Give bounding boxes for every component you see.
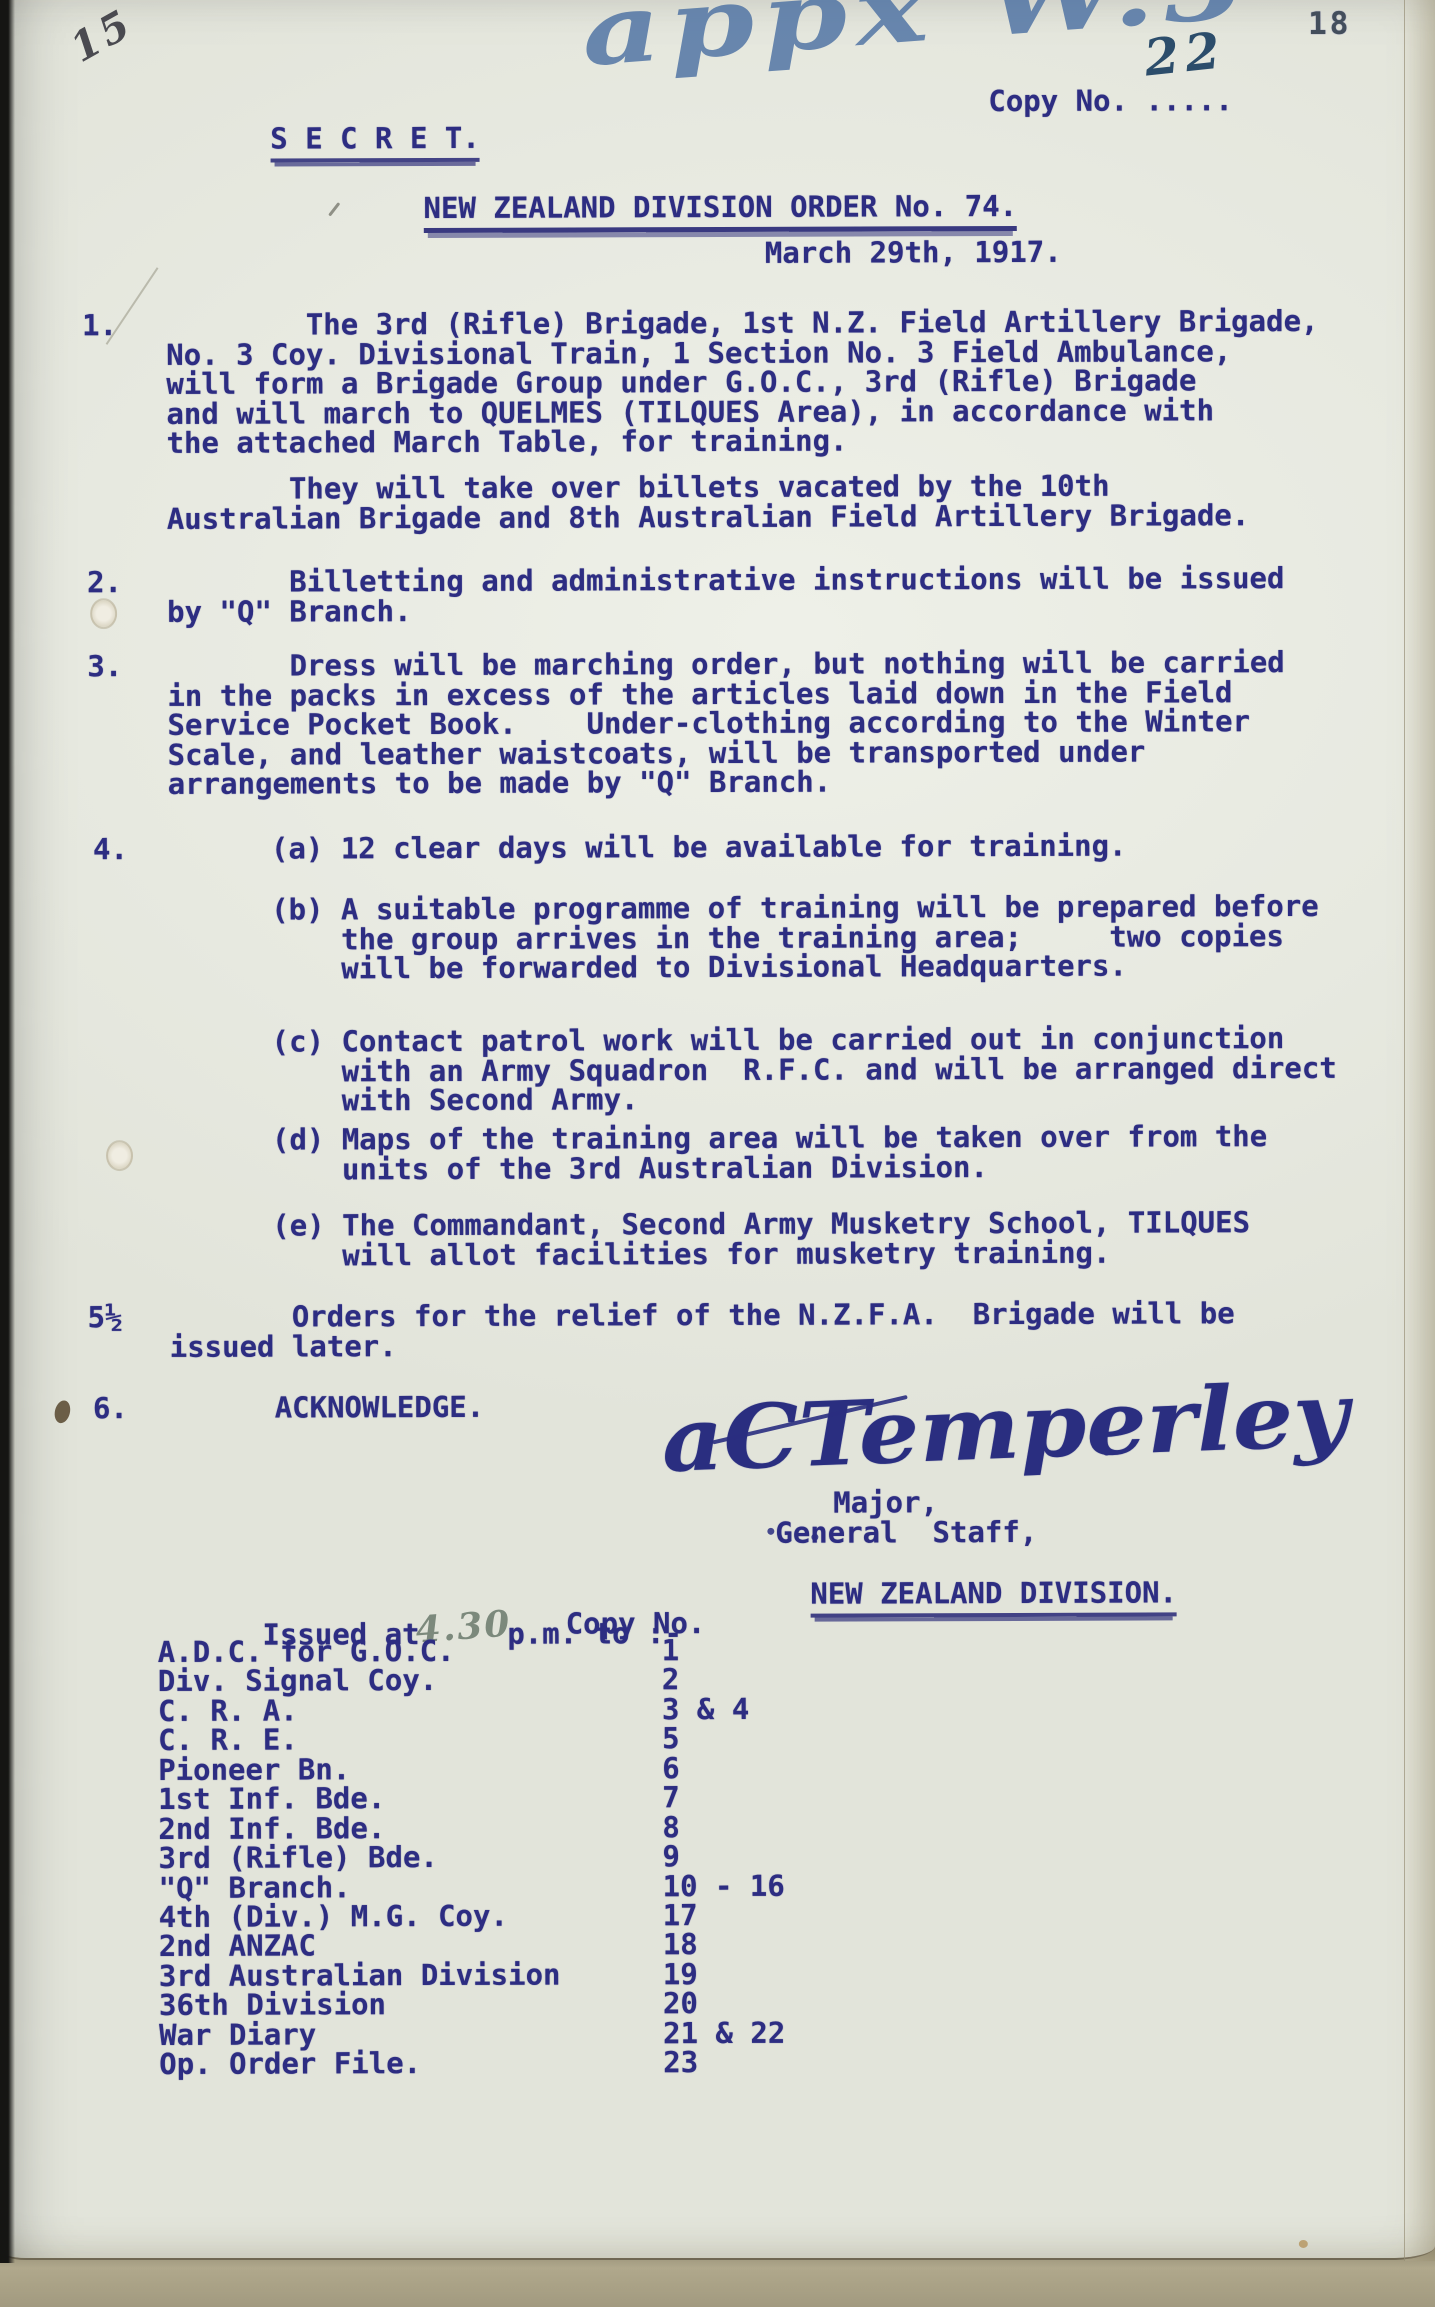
typed-line: Orders for the relief of the N.Z.F.A. Br… (170, 1299, 1235, 1332)
copy-numbers: 3 & 4 (662, 1695, 749, 1725)
typed-line: with an Army Squadron R.F.C. and will be… (272, 1053, 1337, 1086)
typed-line: Australian Brigade and 8th Australian Fi… (167, 501, 1250, 534)
copy-numbers: 7 (662, 1783, 680, 1813)
scratch-mark (106, 267, 159, 345)
recipient-label: War Diary (159, 2020, 316, 2050)
signature-script: aCTemperley (660, 1362, 1350, 1492)
document-scan: 15 appx W.5 18 S E C R E T. Copy No. ...… (0, 0, 1435, 2307)
section-number: 6. (93, 1394, 128, 1424)
typed-line: issued later. (170, 1329, 1235, 1362)
copy-numbers: 23 (663, 2048, 698, 2078)
section-text: (e) The Commandant, Second Army Musketry… (272, 1208, 1250, 1270)
recipient-label: 3rd (Rifle) Bde. (158, 1843, 437, 1873)
typed-line: with Second Army. (272, 1083, 1337, 1116)
section-text: The 3rd (Rifle) Brigade, 1st N.Z. Field … (166, 307, 1319, 459)
copy-numbers: 6 (662, 1754, 680, 1784)
order-section: (e) The Commandant, Second Army Musketry… (4, 1207, 1435, 1212)
copy-numbers: 1 (662, 1636, 680, 1666)
copy-numbers: 9 (662, 1842, 680, 1872)
section-text: (b) A suitable programme of training wil… (271, 892, 1319, 984)
typed-line: by "Q" Branch. (167, 594, 1285, 627)
typed-line: ACKNOWLEDGE. (170, 1393, 484, 1424)
typed-line: Billetting and administrative instructio… (167, 564, 1285, 597)
section-text: (a) 12 clear days will be available for … (271, 832, 1127, 864)
pencil-page-number: 15 (63, 0, 142, 72)
copy-numbers: 8 (662, 1813, 680, 1843)
typed-page-number: 18 (1308, 6, 1351, 42)
order-section: 5½ Orders for the relief of the N.Z.F.A.… (5, 1298, 1435, 1303)
typed-line: the attached March Table, for training. (166, 425, 1318, 459)
signature-ink-dot (767, 1528, 774, 1535)
copy-numbers: 2 (662, 1666, 680, 1696)
hole-punch (90, 598, 117, 629)
recipient-label: C. R. E. (158, 1726, 298, 1756)
typed-line: will be forwarded to Divisional Headquar… (271, 951, 1319, 984)
recipient-label: 4th (Div.) M.G. Coy. (159, 1902, 508, 1933)
section-number: 4. (93, 835, 128, 865)
copy-numbers: 21 & 22 (663, 2018, 785, 2048)
order-section: 1. The 3rd (Rifle) Brigade, 1st N.Z. Fie… (1, 306, 1435, 311)
order-section: (c) Contact patrol work will be carried … (4, 1023, 1435, 1028)
recipient-label: 36th Division (159, 1990, 386, 2020)
section-text: Billetting and administrative instructio… (167, 564, 1285, 627)
recipient-label: Op. Order File. (159, 2049, 421, 2079)
typed-line: will allot facilities for musketry train… (272, 1238, 1250, 1271)
section-text: Orders for the relief of the N.Z.F.A. Br… (170, 1299, 1235, 1362)
order-title-text: NEW ZEALAND DIVISION ORDER No. 74. (423, 189, 1017, 233)
foxing-spot (1299, 2240, 1308, 2248)
section-text: They will take over billets vacated by t… (167, 471, 1250, 534)
section-text: Dress will be marching order, but nothin… (167, 648, 1285, 799)
recipient-label: Div. Signal Coy. (158, 1666, 437, 1696)
order-section: 2. Billetting and administrative instruc… (2, 563, 1435, 568)
typed-line: (a) 12 clear days will be available for … (271, 832, 1127, 864)
copy-number-label: Copy No. ..... (988, 83, 1233, 118)
copy-numbers: 18 (663, 1930, 698, 1960)
recipient-label: 1st Inf. Bde. (158, 1784, 385, 1814)
signature-ink-dot (1103, 1449, 1110, 1456)
order-section: (d) Maps of the training area will be ta… (4, 1121, 1435, 1126)
copy-numbers: 5 (662, 1724, 680, 1754)
copy-numbers: 10 - 16 (663, 1871, 785, 1901)
copy-number-value: 22 (1141, 20, 1228, 87)
typed-line: units of the 3rd Australian Division. (272, 1152, 1267, 1185)
ink-blot (52, 1399, 72, 1425)
copy-numbers: 17 (663, 1901, 698, 1931)
section-number: 2. (87, 568, 122, 598)
typed-line: arrangements to be made by "Q" Branch. (168, 766, 1286, 799)
order-section: (b) A suitable programme of training wil… (3, 891, 1435, 896)
scan-left-edge (0, 0, 15, 2263)
recipient-label: 2nd ANZAC (159, 1932, 316, 1962)
copy-numbers: 19 (663, 1960, 698, 1990)
recipient-label: C. R. A. (158, 1696, 298, 1726)
distribution-row: Op. Order File.23 (7, 2046, 1435, 2080)
copy-numbers: 20 (663, 1989, 698, 2019)
section-text: ACKNOWLEDGE. (170, 1393, 484, 1424)
order-section: 3. Dress will be marching order, but not… (2, 647, 1435, 652)
section-text: (d) Maps of the training area will be ta… (272, 1122, 1267, 1184)
order-section: They will take over billets vacated by t… (2, 470, 1435, 475)
distribution-table: A.D.C. for G.O.C.1Div. Signal Coy.2C. R.… (6, 1633, 1435, 2080)
hole-punch (106, 1140, 133, 1171)
order-date: March 29th, 1917. (765, 235, 1062, 270)
order-section: 4.(a) 12 clear days will be available fo… (3, 830, 1435, 835)
section-number: 5½ (88, 1303, 123, 1333)
page-right-edge (1404, 0, 1435, 2261)
section-number: 3. (87, 652, 122, 682)
signature-unit-text: NEW ZEALAND DIVISION. (810, 1575, 1177, 1617)
page-content: 15 appx W.5 18 S E C R E T. Copy No. ...… (0, 0, 1435, 2307)
section-text: (c) Contact patrol work will be carried … (272, 1024, 1337, 1116)
